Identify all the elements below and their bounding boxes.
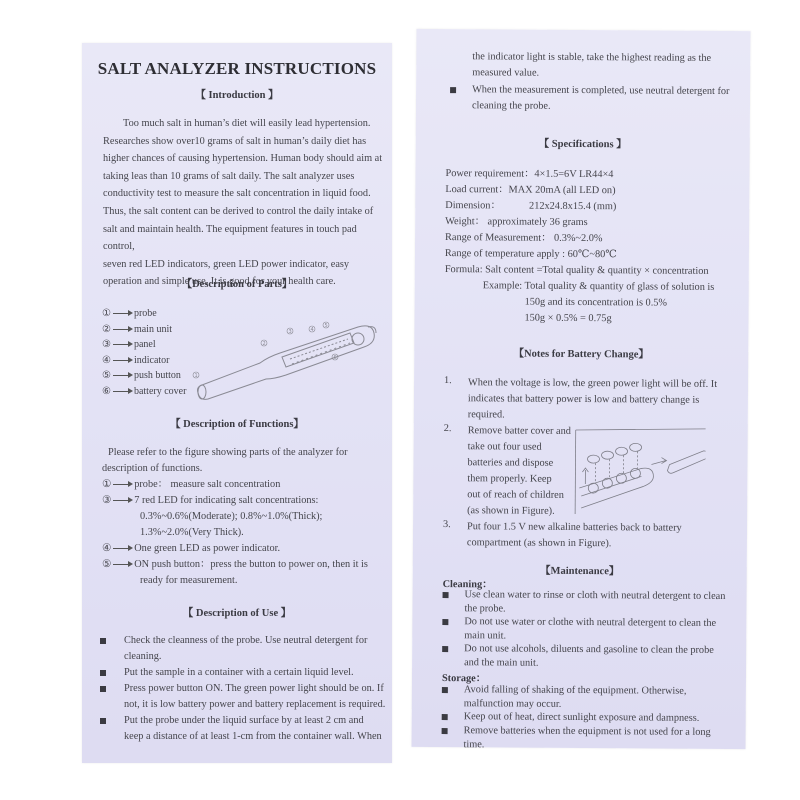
spec-row: Range of temperature apply : 60℃~80℃	[445, 246, 715, 264]
function-item: ③7 red LED for indicating salt concentra…	[102, 493, 387, 509]
step-line: required.	[468, 407, 744, 425]
bullet-icon	[443, 592, 449, 598]
intro-line: salt and maintain health. The equipment …	[103, 221, 388, 256]
cleaning-bullet: Do not use alcohols, diluents and gasoli…	[442, 642, 742, 671]
step-line: Put four 1.5 V new alkaline batteries ba…	[467, 519, 743, 537]
intro-line: conductivity test to measure the salt co…	[103, 185, 388, 203]
use-bullet: Put the sample in a container with a cer…	[100, 665, 390, 681]
part-number: ③	[102, 337, 111, 353]
arrow-icon	[113, 391, 131, 392]
bullet-text: Avoid falling of shaking of the equipmen…	[442, 683, 742, 699]
introduction-heading: 【 Introduction 】	[82, 87, 392, 102]
intro-line: higher chances of causing hypertension. …	[103, 150, 388, 168]
spec-row: Range of Measurement： 0.3%~2.0%	[445, 230, 715, 248]
svg-text:3: 3	[289, 329, 292, 335]
part-number: ①	[102, 306, 111, 322]
arrow-icon	[113, 329, 131, 330]
arrow-icon	[113, 313, 131, 314]
arrow-icon	[113, 375, 131, 376]
use-bullet: Press power button ON. The green power l…	[100, 681, 390, 714]
part-label: push button	[134, 370, 181, 381]
bullet-text: Remove batteries when the equipment is n…	[442, 724, 742, 740]
instruction-sheet-left: SALT ANALYZER INSTRUCTIONS 【 Introductio…	[82, 43, 392, 763]
bullet-text: Put the probe under the liquid surface b…	[100, 713, 390, 729]
intro-line: Too much salt in human’s diet will easil…	[103, 115, 388, 133]
svg-text:6: 6	[334, 355, 337, 361]
bullet-icon	[442, 714, 448, 720]
bullet-icon	[442, 619, 448, 625]
part-item: ③panel	[102, 337, 186, 353]
use-bullet: When the measurement is completed, use n…	[450, 82, 740, 117]
function-text: ready for measurement.	[102, 573, 387, 589]
part-label: probe	[134, 308, 157, 319]
storage-label: Storage：	[442, 669, 486, 684]
bullet-text: cleaning the probe.	[450, 98, 740, 116]
arrow-icon	[113, 500, 131, 501]
arrow-icon	[113, 344, 131, 345]
storage-bullet: Avoid falling of shaking of the equipmen…	[442, 683, 742, 712]
salt-analyzer-device-illustration: 1 2 3 4 5 6	[190, 313, 380, 403]
battery-heading: 【Notes for Battery Change】	[414, 345, 748, 362]
arrow-icon	[113, 548, 131, 549]
bullet-text: not, it is low battery power and battery…	[100, 697, 390, 713]
function-text: 7 red LED for indicating salt concentrat…	[134, 495, 318, 506]
storage-bullet: Remove batteries when the equipment is n…	[441, 724, 741, 753]
use-bullet: Check the cleanness of the probe. Use ne…	[100, 633, 390, 666]
use-bullet: Put the probe under the liquid surface b…	[100, 713, 390, 746]
arrow-icon	[113, 360, 131, 361]
bullet-text: When the measurement is completed, use n…	[450, 82, 740, 100]
part-item: ④indicator	[102, 353, 186, 369]
part-item: ①probe	[102, 306, 186, 322]
part-label: panel	[134, 339, 156, 350]
function-number: ⑤	[102, 559, 111, 570]
function-number: ③	[102, 495, 111, 506]
intro-line: Thus, the salt content can be derived to…	[103, 203, 388, 221]
functions-intro-line: Please refer to the figure showing parts…	[102, 445, 387, 461]
bullet-text: time.	[441, 738, 741, 754]
spec-example: Example: Total quality & quantity of gla…	[445, 278, 715, 296]
part-item: ②main unit	[102, 322, 186, 338]
functions-text: Please refer to the figure showing parts…	[102, 445, 387, 589]
function-item: ①probe： measure salt concentration	[102, 477, 387, 493]
step-line: indicates that battery power is low and …	[468, 391, 744, 409]
step-number: 2.	[444, 423, 452, 434]
spec-example: 150g and its concentration is 0.5%	[445, 294, 715, 312]
spec-row: Load current：MAX 20mA (all LED on)	[445, 182, 715, 200]
document-title: SALT ANALYZER INSTRUCTIONS	[82, 59, 392, 79]
bullet-icon	[450, 87, 456, 93]
step-line: compartment (as shown in Figure).	[467, 535, 743, 553]
instruction-sheet-right: the indicator light is stable, take the …	[411, 29, 750, 749]
function-text: One green LED as power indicator.	[134, 543, 280, 554]
bullet-icon	[442, 728, 448, 734]
function-text: ON push button：press the button to power…	[134, 559, 368, 570]
part-number: ⑤	[102, 368, 111, 384]
function-text: 0.3%~0.6%(Moderate); 0.8%~1.0%(Thick);	[102, 509, 387, 525]
part-item: ⑥battery cover	[102, 384, 186, 400]
function-text: 1.3%~2.0%(Very Thick).	[102, 525, 387, 541]
parts-list: ①probe ②main unit ③panel ④indicator ⑤pus…	[102, 306, 186, 399]
storage-bullet: Keep out of heat, direct sunlight exposu…	[442, 710, 742, 726]
part-label: indicator	[134, 355, 170, 366]
bullet-text: Press power button ON. The green power l…	[100, 681, 390, 697]
function-number: ④	[102, 543, 111, 554]
battery-replacement-figure	[573, 426, 706, 517]
spec-example: 150g × 0.5% = 0.75g	[444, 310, 714, 328]
cleaning-bullet: Use clean water to rinse or cloth with n…	[442, 588, 742, 617]
bullet-text: Keep out of heat, direct sunlight exposu…	[442, 710, 742, 726]
bullet-text: keep a distance of at least 1-cm from th…	[100, 729, 390, 745]
bullet-icon	[100, 638, 106, 644]
part-label: battery cover	[134, 386, 186, 397]
bullet-icon	[100, 718, 106, 724]
spec-row: Dimension： 212x24.8x15.4 (mm)	[445, 198, 715, 216]
function-item: ④One green LED as power indicator.	[102, 541, 387, 557]
bullet-icon	[442, 646, 448, 652]
part-number: ②	[102, 322, 111, 338]
functions-heading: 【 Description of Functions】	[82, 416, 392, 431]
step-number: 1.	[444, 375, 452, 386]
arrow-icon	[113, 484, 131, 485]
functions-intro-line: description of functions.	[102, 461, 387, 477]
part-item: ⑤push button	[102, 368, 186, 384]
bullet-text: Put the sample in a container with a cer…	[100, 665, 390, 681]
battery-step-2: 2. Remove batter cover and take out four…	[443, 423, 594, 520]
step-line: When the voltage is low, the green power…	[468, 375, 744, 393]
function-item: ⑤ON push button：press the button to powe…	[102, 557, 387, 573]
svg-text:2: 2	[263, 341, 266, 347]
use-heading: 【 Description of Use 】	[82, 605, 392, 620]
svg-text:4: 4	[311, 327, 314, 333]
function-text: probe： measure salt concentration	[134, 479, 280, 490]
battery-step-1: 1. When the voltage is low, the green po…	[444, 375, 744, 425]
part-number: ⑥	[102, 384, 111, 400]
step-number: 3.	[443, 519, 451, 530]
specifications-heading: 【 Specifications 】	[416, 135, 750, 152]
bullet-text: and the main unit.	[442, 656, 742, 672]
svg-text:5: 5	[325, 323, 328, 329]
part-number: ④	[102, 353, 111, 369]
battery-step-3: 3. Put four 1.5 V new alkaline batteries…	[443, 519, 743, 553]
bullet-icon	[100, 670, 106, 676]
use-continued-line: the indicator light is stable, take the …	[472, 49, 711, 67]
bullet-text: Use clean water to rinse or cloth with n…	[443, 588, 743, 604]
svg-text:1: 1	[195, 373, 198, 379]
intro-line: taking leas than 10 grams of salt daily.…	[103, 168, 388, 186]
function-number: ①	[102, 479, 111, 490]
spec-row: Power requirement：4×1.5=6V LR44×4	[445, 166, 715, 184]
parts-heading: 【Description of Parts】	[82, 276, 392, 291]
bullet-icon	[100, 686, 106, 692]
bullet-text: Do not use water or clothe with neutral …	[442, 615, 742, 631]
part-label: main unit	[134, 324, 172, 335]
intro-line: Researches show over10 grams of salt in …	[103, 133, 388, 151]
bullet-text: Check the cleanness of the probe. Use ne…	[100, 633, 390, 649]
spec-row: Formula: Salt content =Total quality & q…	[445, 262, 715, 280]
bullet-text: Do not use alcohols, diluents and gasoli…	[442, 642, 742, 658]
arrow-icon	[113, 564, 131, 565]
bullet-icon	[442, 687, 448, 693]
use-continued: the indicator light is stable, take the …	[472, 49, 711, 83]
introduction-text: Too much salt in human’s diet will easil…	[103, 115, 388, 291]
intro-line: seven red LED indicators, green LED powe…	[103, 256, 388, 274]
spec-row: Weight： approximately 36 grams	[445, 214, 715, 232]
bullet-text: cleaning.	[100, 649, 390, 665]
specifications-list: Power requirement：4×1.5=6V LR44×4 Load c…	[444, 166, 715, 328]
use-continued-line: measured value.	[472, 65, 711, 83]
cleaning-bullet: Do not use water or clothe with neutral …	[442, 615, 742, 644]
